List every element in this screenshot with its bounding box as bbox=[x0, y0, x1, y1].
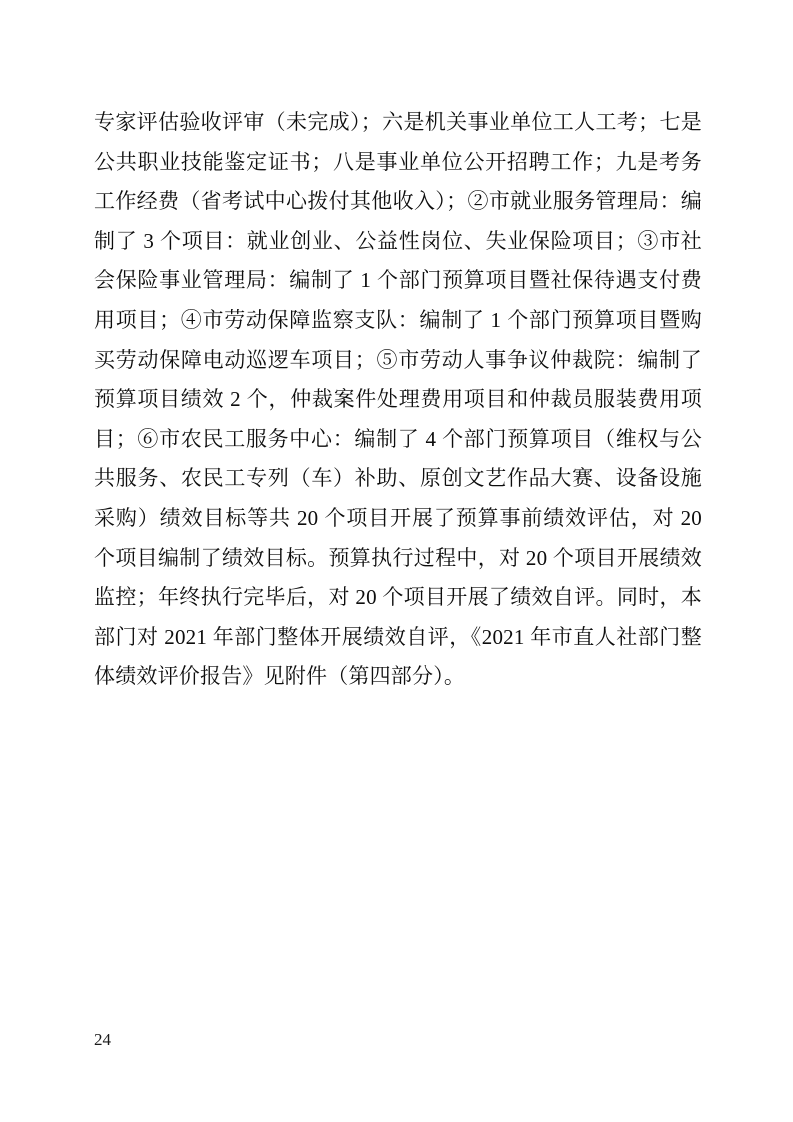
paragraph-line: 工作经费（省考试中心拨付其他收入）；②市就业服务管理局：编 bbox=[94, 182, 702, 222]
paragraph-line: 体绩效评价报告》见附件（第四部分）。 bbox=[94, 657, 702, 697]
paragraph-line: 买劳动保障电动巡逻车项目；⑤市劳动人事争议仲裁院：编制了 bbox=[94, 341, 702, 381]
paragraph-line: 采购）绩效目标等共 20 个项目开展了预算事前绩效评估，对 20 bbox=[94, 499, 702, 539]
paragraph-line: 个项目编制了绩效目标。预算执行过程中，对 20 个项目开展绩效 bbox=[94, 539, 702, 579]
paragraph-line: 会保险事业管理局：编制了 1 个部门预算项目暨社保待遇支付费 bbox=[94, 261, 702, 301]
body-paragraph: 专家评估验收评审（未完成）；六是机关事业单位工人工考；七是 公共职业技能鉴定证书… bbox=[94, 103, 702, 697]
paragraph-line: 专家评估验收评审（未完成）；六是机关事业单位工人工考；七是 bbox=[94, 103, 702, 143]
paragraph-line: 预算项目绩效 2 个，仲裁案件处理费用项目和仲裁员服装费用项 bbox=[94, 380, 702, 420]
document-page: 专家评估验收评审（未完成）；六是机关事业单位工人工考；七是 公共职业技能鉴定证书… bbox=[0, 0, 793, 1122]
paragraph-line: 监控；年终执行完毕后，对 20 个项目开展了绩效自评。同时，本 bbox=[94, 578, 702, 618]
paragraph-line: 共服务、农民工专列（车）补助、原创文艺作品大赛、设备设施 bbox=[94, 459, 702, 499]
paragraph-line: 公共职业技能鉴定证书；八是事业单位公开招聘工作；九是考务 bbox=[94, 143, 702, 183]
page-number: 24 bbox=[94, 1030, 111, 1050]
paragraph-line: 目；⑥市农民工服务中心：编制了 4 个部门预算项目（维权与公 bbox=[94, 420, 702, 460]
paragraph-line: 制了 3 个项目：就业创业、公益性岗位、失业保险项目；③市社 bbox=[94, 222, 702, 262]
paragraph-line: 用项目；④市劳动保障监察支队：编制了 1 个部门预算项目暨购 bbox=[94, 301, 702, 341]
paragraph-line: 部门对 2021 年部门整体开展绩效自评，《2021 年市直人社部门整 bbox=[94, 618, 702, 658]
